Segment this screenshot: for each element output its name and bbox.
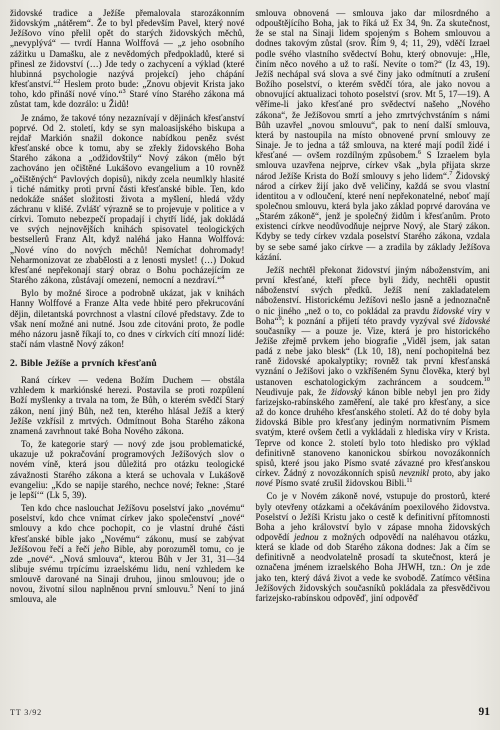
emphasized-text: židovský [331,387,362,397]
footnote-ref: 10 [484,377,490,383]
text-run: proto, aby jako [429,468,490,478]
emphasized-text: jeho [94,544,110,554]
paragraph: Ježíš nechtěl překonat židovství jiným n… [256,265,491,488]
text-run: židovské tradice a Ježíše přemalovala st… [10,8,245,89]
text-columns: židovské tradice a Ježíše přemalovala st… [10,8,490,700]
journal-page: židovské tradice a Ježíše přemalovala st… [0,0,500,730]
text-run: kánon bible nebyl jen pro židy farizejsk… [256,387,491,478]
paragraph: Bylo by možné široce a podrobně ukázat, … [10,288,245,349]
page-footer: TT 3/92 91 [10,706,490,718]
footnote-ref: 4 [221,275,224,281]
paragraph: Je známo, že takové tóny nezaznívají v d… [10,113,245,286]
page-number: 91 [479,706,491,718]
emphasized-text: On [450,562,461,572]
paragraph: židovské tradice a Ježíše přemalovala st… [10,8,245,110]
text-column-right: smlouva obnovená — smlouva jako dar milo… [256,8,491,700]
text-run: ; k poznání a přijetí této pravdy vyzýva… [282,316,459,326]
paragraph: Co je v Novém zákoně nové, vstupuje do p… [256,491,491,603]
section-heading: 2. Bible Ježíše a prvních křesťanů [10,358,245,369]
emphasized-text: nevznikl [399,468,429,478]
text-run: To, že kategorie starý — nový zde jsou p… [10,439,245,500]
text-run: smlouva obnovená — smlouva jako dar milo… [256,8,491,160]
text-run: Je známo, že takové tóny nezaznívají v d… [10,113,245,286]
journal-issue-label: TT 3/92 [10,708,42,717]
text-column-left: židovské tradice a Ježíše přemalovala st… [10,8,245,700]
paragraph: smlouva obnovená — smlouva jako dar milo… [256,8,491,262]
paragraph: To, že kategorie starý — nový zde jsou p… [10,439,245,500]
paragraph: Raná církev — vedena Božím Duchem — obst… [10,375,245,436]
text-run: Bylo by možné široce a podrobně ukázat, … [10,288,245,349]
footnote-ref: 11 [406,478,412,484]
text-run: 2. Bible Ježíše a prvních křesťanů [10,358,157,369]
text-run: Písmo svaté zrušil židovskou Bibli. [273,478,407,488]
text-run: současníky — a pouze je. Vize, která je … [256,326,491,387]
emphasized-text: židovské [433,306,464,316]
text-run: Raná církev — vedena Božím Duchem — obst… [10,375,245,436]
emphasized-text: nové [256,478,273,488]
text-run: Židovský národ a církev žijí jako dvě ve… [256,171,491,262]
text-run: Neudivuje pak, že [256,387,332,397]
emphasized-text: židovské [459,316,490,326]
paragraph: Ten kdo chce naslouchat Ježíšovu poselst… [10,503,245,605]
emphasized-text: jednou [294,532,319,542]
